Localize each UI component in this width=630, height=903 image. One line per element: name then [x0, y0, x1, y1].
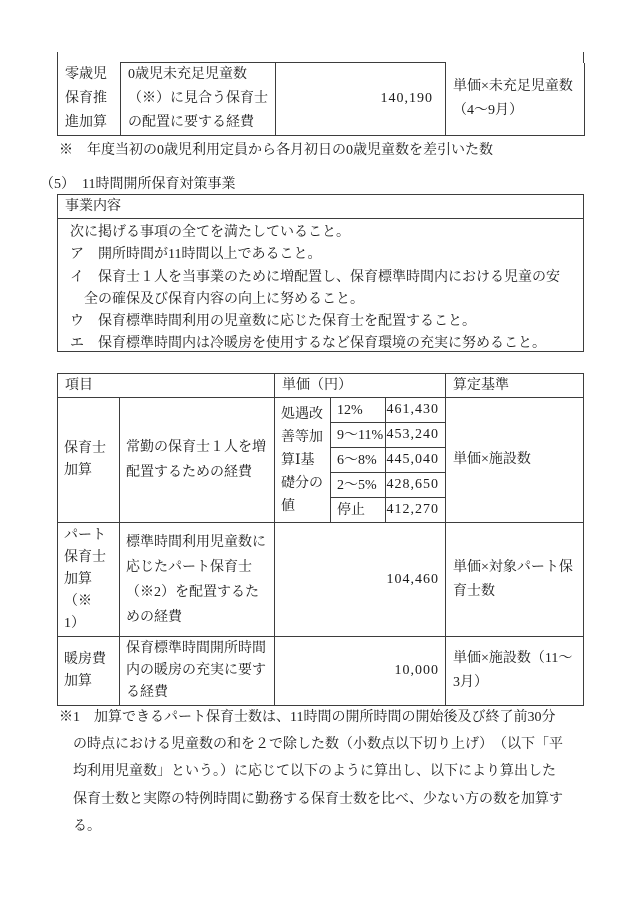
- tier-amount-cell: 428,650: [386, 473, 446, 498]
- business-line-i-cont: 全の確保及び保育内容の向上に努めること。: [58, 289, 583, 311]
- tier-amount-cell: 445,040: [386, 448, 446, 473]
- tier-amount-cell: 453,240: [386, 423, 446, 448]
- description-cell: 常勤の保育士１人を増 配置するための経費: [120, 398, 275, 523]
- tier-pct-cell: 12%: [331, 398, 386, 423]
- zero-age-childcare-table: 零歳児 保育推 進加算 0歳児未充足児童数 （※）に見合う保育士 の配置に要する…: [57, 62, 585, 136]
- tier-amount-cell: 461,430: [386, 398, 446, 423]
- unit-price-cell: 140,190: [276, 63, 446, 136]
- unit-price-cell: 104,460: [275, 523, 446, 637]
- item-cell: 暖房費 加算: [58, 637, 120, 706]
- header-basis: 算定基準: [446, 374, 584, 398]
- business-content-header: 事業内容: [58, 195, 583, 219]
- basis-cell: 単価×対象パート保 育士数: [446, 523, 584, 637]
- basis-cell: 単価×施設数: [446, 398, 584, 523]
- item-cell: 保育士 加算: [58, 398, 120, 523]
- table-row-heating: 暖房費 加算 保育標準時間開所時間 内の暖房の充実に要す る経費 10,000 …: [58, 637, 584, 706]
- subsidy-table: 項目 単価（円） 算定基準 保育士 加算 常勤の保育士１人を増 配置するための経…: [57, 373, 584, 706]
- tier-amount-cell: 412,270: [386, 498, 446, 523]
- business-line-a: ア 開所時間が11時間以上であること。: [58, 244, 583, 266]
- header-unit-price: 単価（円）: [275, 374, 446, 398]
- business-line-u: ウ 保育標準時間利用の児童数に応じた保育士を配置すること。: [58, 311, 583, 333]
- table-row: 零歳児 保育推 進加算 0歳児未充足児童数 （※）に見合う保育士 の配置に要する…: [58, 63, 585, 136]
- description-cell: 0歳児未充足児童数 （※）に見合う保育士 の配置に要する経費: [121, 63, 276, 136]
- section-heading: （5） 11時間開所保育対策事業: [40, 176, 235, 194]
- tier-pct-cell: 6～8%: [331, 448, 386, 473]
- header-item: 項目: [58, 374, 275, 398]
- business-line-e: エ 保育標準時間内は冷暖房を使用するなど保育環境の充実に努めること。: [58, 333, 583, 355]
- item-cell: パート 保育士 加算 （※ 1）: [58, 523, 120, 637]
- business-line-i: イ 保育士１人を当事業のために増配置し、保育標準時間内における児童の安: [58, 267, 583, 289]
- table-row-hoikushi-tier: 保育士 加算 常勤の保育士１人を増 配置するための経費 処遇改 善等加 算Ⅰ基 …: [58, 398, 584, 423]
- unit-price-cell: 10,000: [275, 637, 446, 706]
- footnote-zero-age: ※ 年度当初の0歳児利用定員から各月初日の0歳児童数を差引いた数: [59, 141, 493, 161]
- description-cell: 保育標準時間開所時間 内の暖房の充実に要す る経費: [120, 637, 275, 706]
- basis-cell: 単価×未充足児童数 （4～9月）: [446, 63, 585, 136]
- document-page: 零歳児 保育推 進加算 0歳児未充足児童数 （※）に見合う保育士 の配置に要する…: [0, 0, 630, 903]
- tier-pct-cell: 2～5%: [331, 473, 386, 498]
- business-content-box: 事業内容 次に掲げる事項の全てを満たしていること。 ア 開所時間が11時間以上で…: [57, 194, 584, 352]
- business-line-intro: 次に掲げる事項の全てを満たしていること。: [58, 222, 583, 244]
- tier-pct-cell: 9～11%: [331, 423, 386, 448]
- table-row-part-time: パート 保育士 加算 （※ 1） 標準時間利用児童数に 応じたパート保育士 （※…: [58, 523, 584, 637]
- description-cell: 標準時間利用児童数に 応じたパート保育士 （※2）を配置するた めの経費: [120, 523, 275, 637]
- footnote-part-time: ※1 加算できるパート保育士数は、11時間の開所時間の開始後及び終了前30分 の…: [59, 704, 583, 840]
- tier-label-cell: 処遇改 善等加 算Ⅰ基 礎分の 値: [275, 398, 331, 523]
- table-header-row: 項目 単価（円） 算定基準: [58, 374, 584, 398]
- basis-cell: 単価×施設数（11～ 3月）: [446, 637, 584, 706]
- item-cell: 零歳児 保育推 進加算: [58, 63, 121, 136]
- tier-pct-cell: 停止: [331, 498, 386, 523]
- business-content-body: 次に掲げる事項の全てを満たしていること。 ア 開所時間が11時間以上であること。…: [58, 219, 583, 356]
